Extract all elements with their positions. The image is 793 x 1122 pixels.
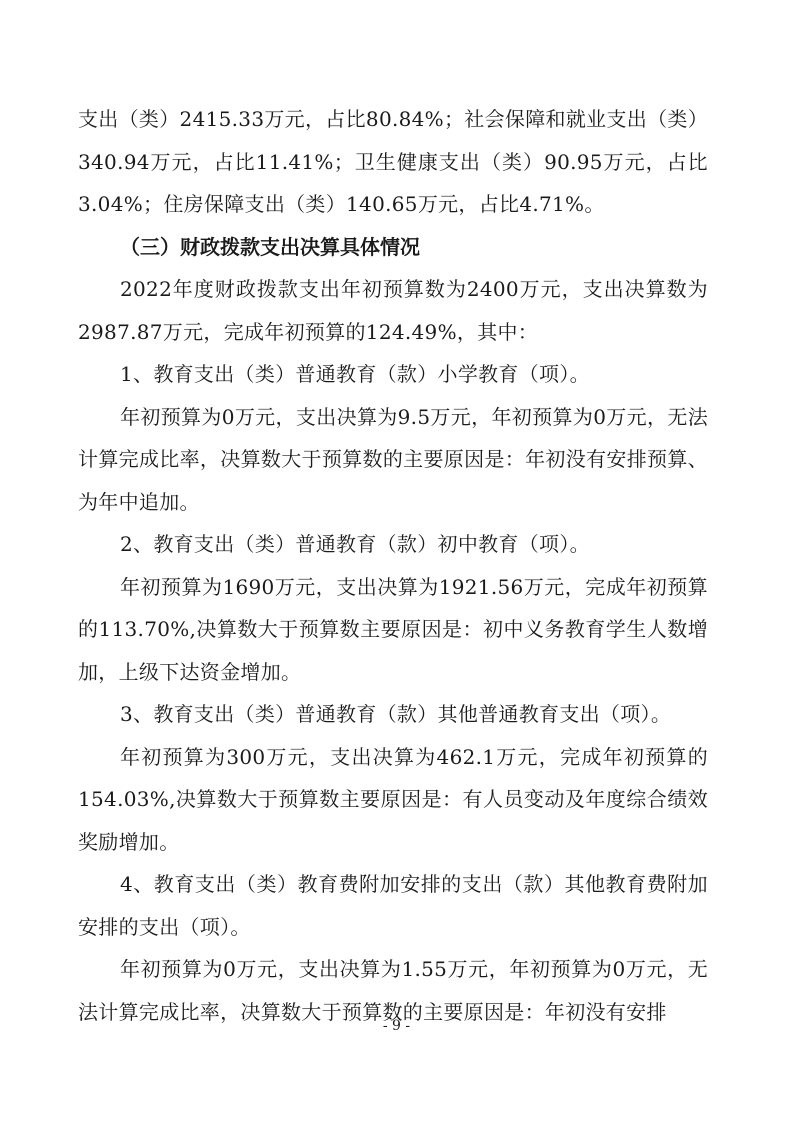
item-3-title: 3、教育支出（类）普通教育（款）其他普通教育支出（项）。 [78, 693, 708, 736]
item-1-title: 1、教育支出（类）普通教育（款）小学教育（项）。 [78, 353, 708, 396]
item-2-detail: 年初预算为1690万元，支出决算为1921.56万元，完成年初预算的113.70… [78, 566, 708, 694]
paragraph-summary: 2022年度财政拨款支出年初预算数为2400万元，支出决算数为2987.87万元… [78, 268, 708, 353]
section-heading: （三）财政拨款支出决算具体情况 [78, 226, 708, 269]
page-number: - 9 - [0, 1018, 793, 1034]
item-4-title: 4、教育支出（类）教育费附加安排的支出（款）其他教育费附加安排的支出（项）。 [78, 863, 708, 948]
item-3-detail: 年初预算为300万元，支出决算为462.1万元，完成年初预算的154.03%,决… [78, 736, 708, 864]
document-page: 支出（类）2415.33万元，占比80.84%；社会保障和就业支出（类）340.… [78, 98, 708, 1033]
paragraph-expenditure-breakdown: 支出（类）2415.33万元，占比80.84%；社会保障和就业支出（类）340.… [78, 98, 708, 226]
item-1-detail: 年初预算为0万元，支出决算为9.5万元，年初预算为0万元，无法计算完成比率，决算… [78, 396, 708, 524]
item-2-title: 2、教育支出（类）普通教育（款）初中教育（项）。 [78, 523, 708, 566]
